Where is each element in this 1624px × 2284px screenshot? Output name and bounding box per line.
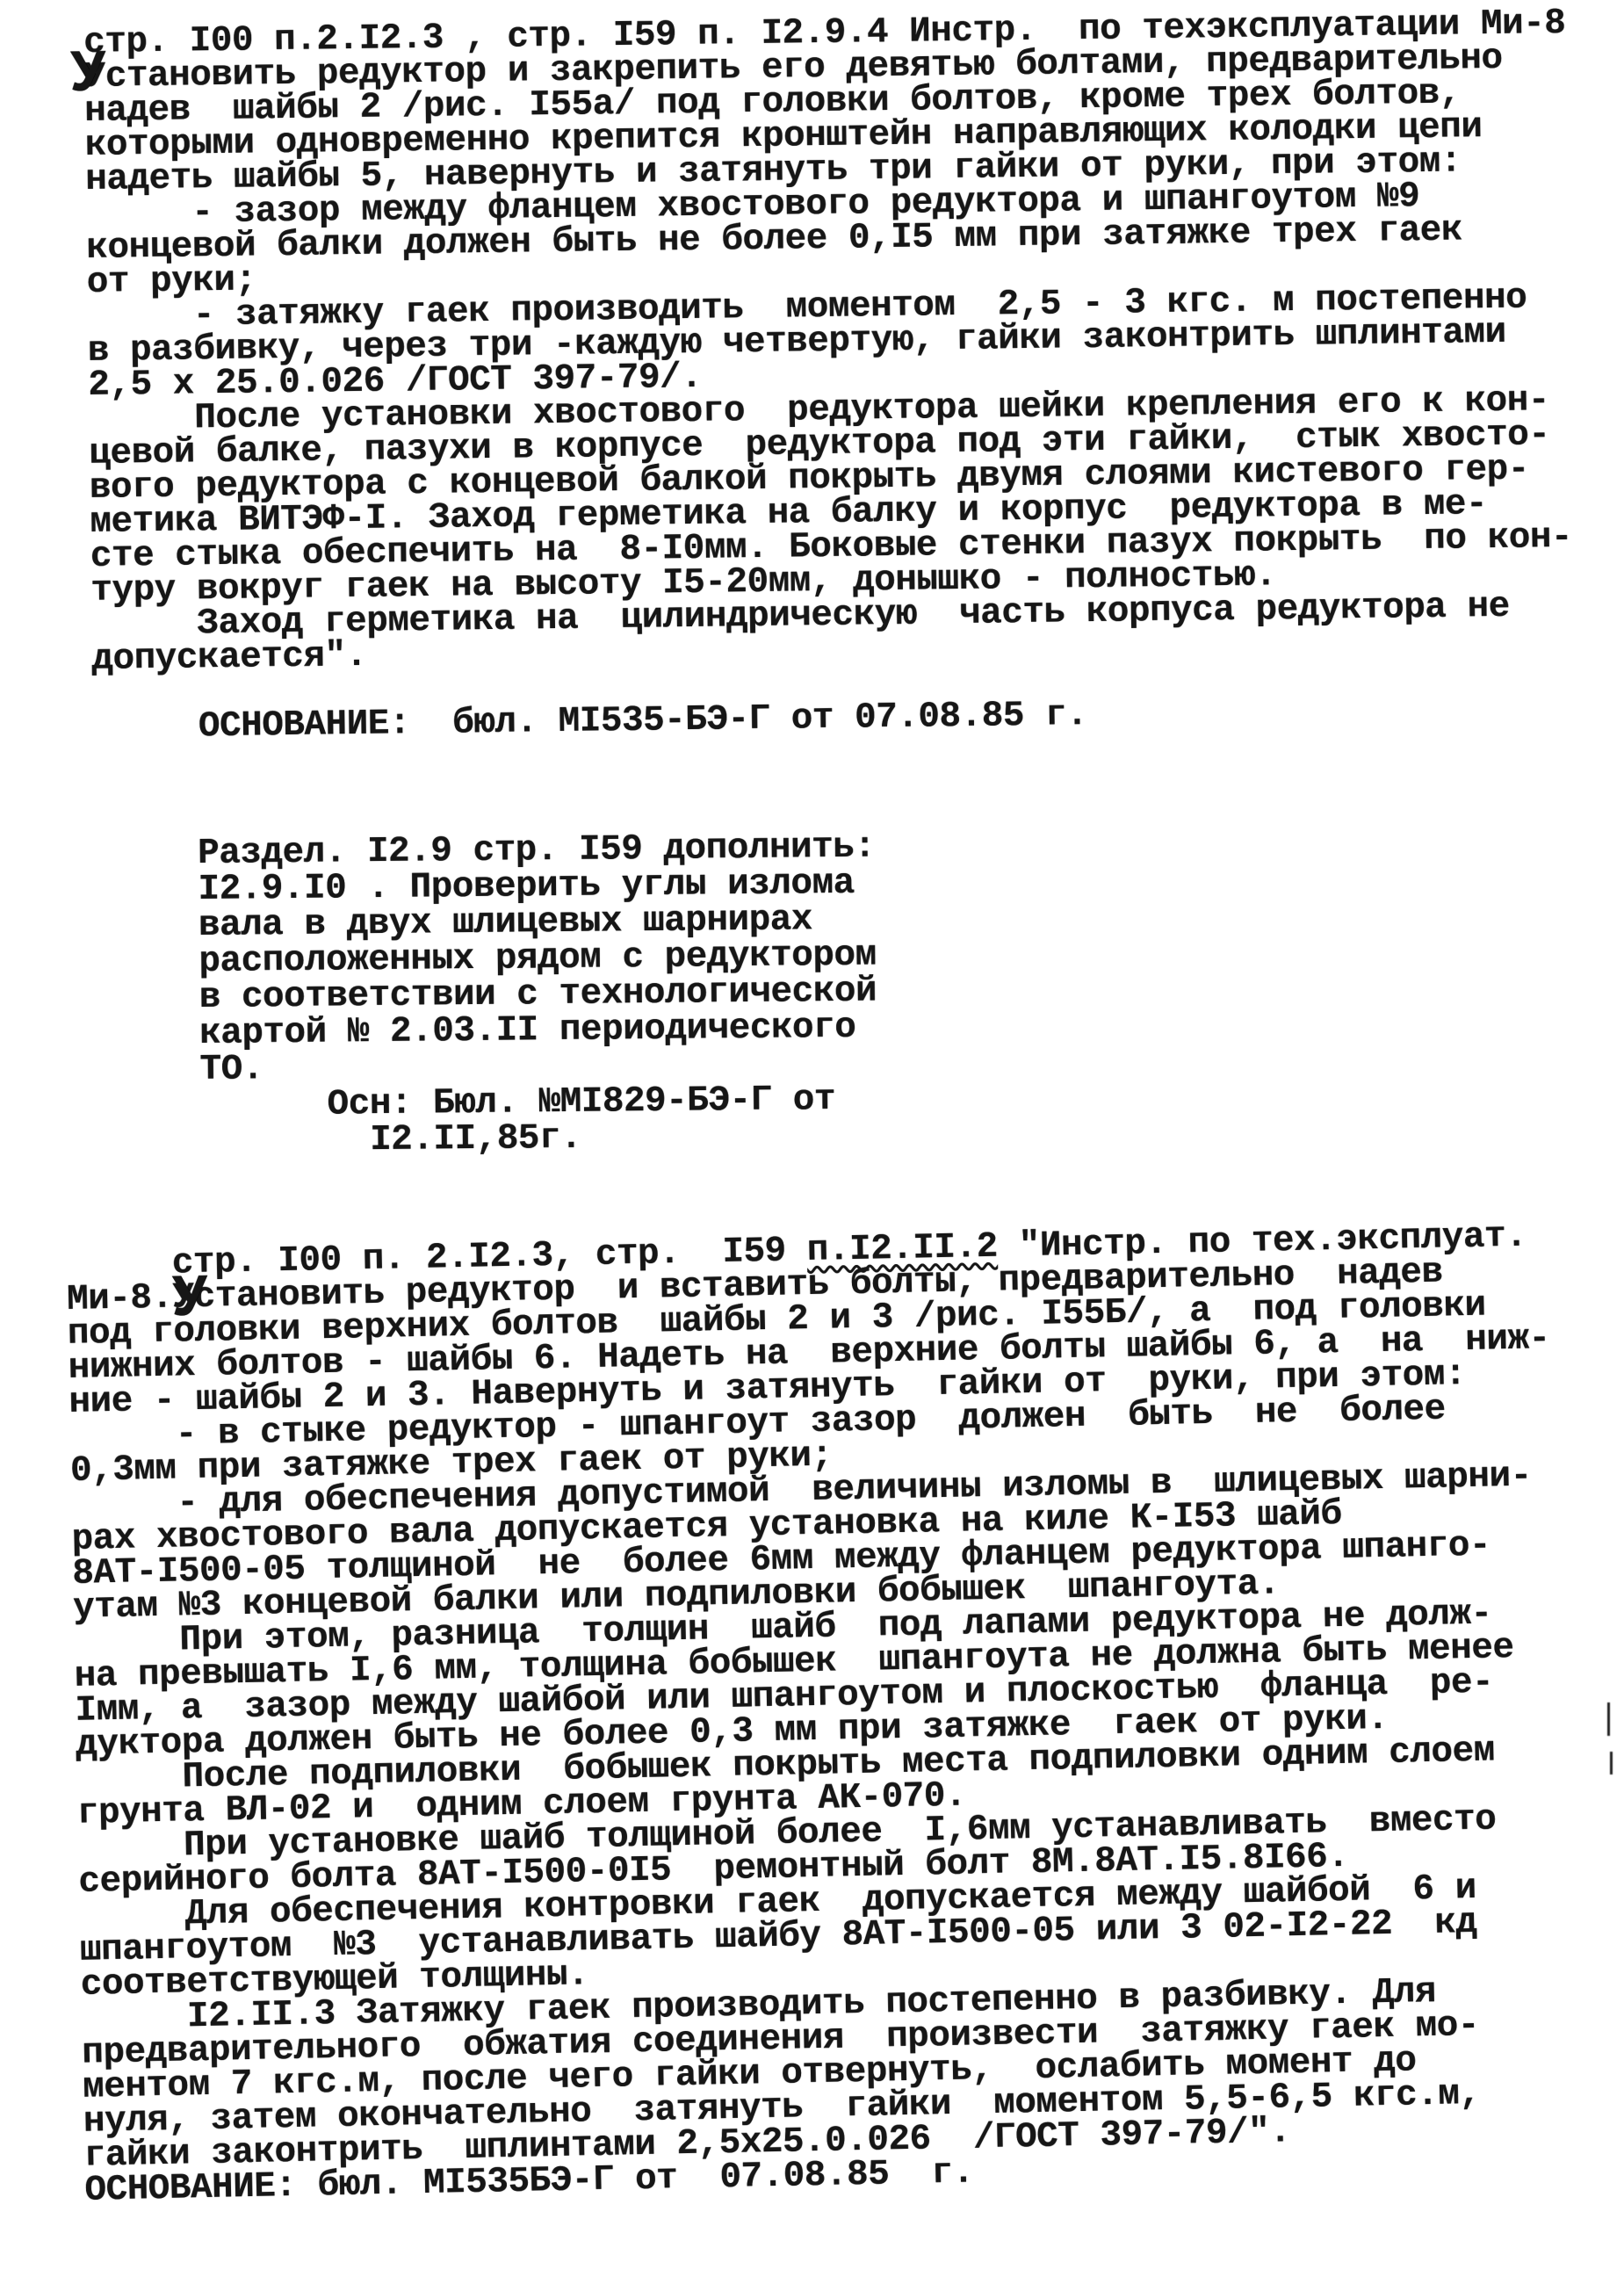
oversized-letter-overlay: У: [171, 1270, 208, 1331]
amendment-section-12-9-block: Раздел. I2.9 стр. I59 дополнить:I2.9.I0 …: [198, 830, 878, 1160]
ink-mark: [1610, 1752, 1613, 1774]
text-line: картой № 2.03.II периодического: [199, 1010, 877, 1052]
oversized-letter-overlay: У: [70, 46, 107, 106]
text-line: I2.II,85г.: [200, 1118, 878, 1160]
top-paragraph-block: стр. I00 п.2.I2.3 , стр. I59 п. I2.9.4 И…: [83, 7, 1575, 746]
bottom-paragraph-block: стр. I00 п. 2.I2.3, стр. I59 п.I2.II.2 "…: [66, 1219, 1567, 2208]
scanned-document-page: стр. I00 п.2.I2.3 , стр. I59 п. I2.9.4 И…: [0, 0, 1624, 2284]
ink-mark: [1607, 1702, 1610, 1736]
